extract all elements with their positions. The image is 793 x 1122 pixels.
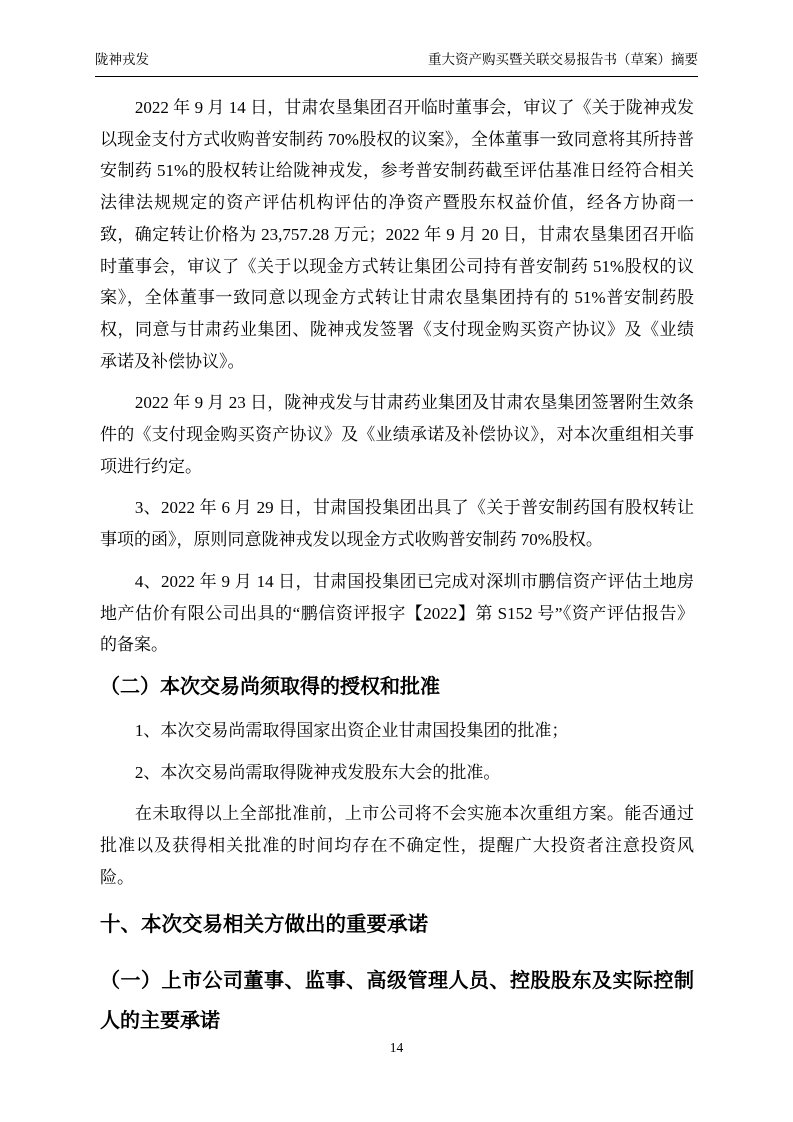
document-content: 2022 年 9 月 14 日，甘肃农垦集团召开临时董事会，审议了《关于陇神戎发… [100,84,694,1041]
paragraph-risk-reminder: 在未取得以上全部批准前，上市公司将不会实施本次重组方案。能否通过批准以及获得相关… [100,798,694,893]
header-company-short-name: 陇神戎发 [95,52,149,68]
paragraph-agreement-signing: 2022 年 9 月 23 日，陇神戎发与甘肃药业集团及甘肃农垦集团签署附生效条… [100,387,694,482]
header-report-title: 重大资产购买暨关联交易报告书（草案）摘要 [428,52,698,68]
paragraph-approval-item-2: 2、本次交易尚需取得陇神戎发股东大会的批准。 [100,757,694,789]
page-footer: 14 [0,1040,793,1056]
page-header: 陇神戎发 重大资产购买暨关联交易报告书（草案）摘要 [95,52,698,77]
document-page: 陇神戎发 重大资产购买暨关联交易报告书（草案）摘要 2022 年 9 月 14 … [0,0,793,1122]
heading-section-2-authorizations: （二）本次交易尚须取得的授权和批准 [100,673,694,701]
heading-chapter-10-commitments: 十、本次交易相关方做出的重要承诺 [100,911,694,939]
paragraph-board-approval-timeline: 2022 年 9 月 14 日，甘肃农垦集团召开临时董事会，审议了《关于陇神戎发… [100,92,694,377]
paragraph-numbered-item-4: 4、2022 年 9 月 14 日，甘肃国投集团已完成对深圳市鹏信资产评估土地房… [100,566,694,661]
paragraph-numbered-item-3: 3、2022 年 6 月 29 日，甘肃国投集团出具了《关于普安制药国有股权转让… [100,492,694,555]
page-number: 14 [390,1040,404,1055]
heading-section-1-major-commitments: （一）上市公司董事、监事、高级管理人员、控股股东及实际控制人的主要承诺 [100,961,694,1041]
paragraph-approval-item-1: 1、本次交易尚需取得国家出资企业甘肃国投集团的批准； [100,715,694,747]
